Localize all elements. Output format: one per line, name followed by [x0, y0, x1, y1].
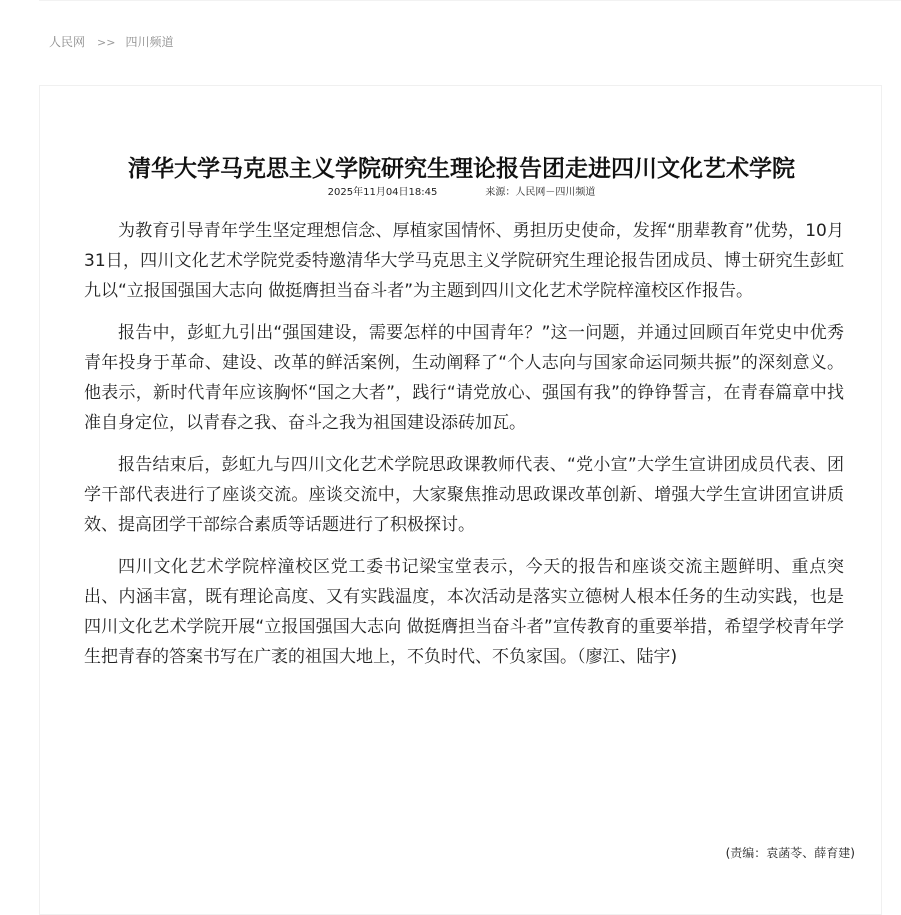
top-divider [39, 0, 901, 1]
article-paragraph: 报告结束后，彭虹九与四川文化艺术学院思政课教师代表、“党小宣”大学生宣讲团成员代… [84, 450, 844, 540]
article-paragraph: 四川文化艺术学院梓潼校区党工委书记梁宝堂表示，今天的报告和座谈交流主题鲜明、重点… [84, 552, 844, 672]
publish-date: 2025年11月04日18:45 [328, 187, 438, 198]
article-source: 来源：人民网－四川频道 [485, 187, 595, 198]
article-paragraph: 为教育引导青年学生坚定理想信念、厚植家国情怀、勇担历史使命，发挥“朋辈教育”优势… [84, 216, 844, 306]
editor-credit: (责编：袁菡苓、薛育建) [726, 845, 855, 861]
article-meta: 2025年11月04日18:45来源：人民网－四川频道 [40, 186, 883, 200]
article-container: 清华大学马克思主义学院研究生理论报告团走进四川文化艺术学院 2025年11月04… [39, 85, 882, 900]
breadcrumb: 人民网>>四川频道 [49, 34, 173, 51]
article-title: 清华大学马克思主义学院研究生理论报告团走进四川文化艺术学院 [40, 153, 883, 185]
article-body: 为教育引导青年学生坚定理想信念、厚植家国情怀、勇担历史使命，发挥“朋辈教育”优势… [84, 216, 844, 684]
breadcrumb-link-sichuan-channel[interactable]: 四川频道 [125, 35, 173, 49]
breadcrumb-link-people-net[interactable]: 人民网 [49, 35, 85, 49]
article-paragraph: 报告中，彭虹九引出“强国建设，需要怎样的中国青年？”这一问题，并通过回顾百年党史… [84, 318, 844, 438]
breadcrumb-separator: >> [97, 35, 115, 51]
